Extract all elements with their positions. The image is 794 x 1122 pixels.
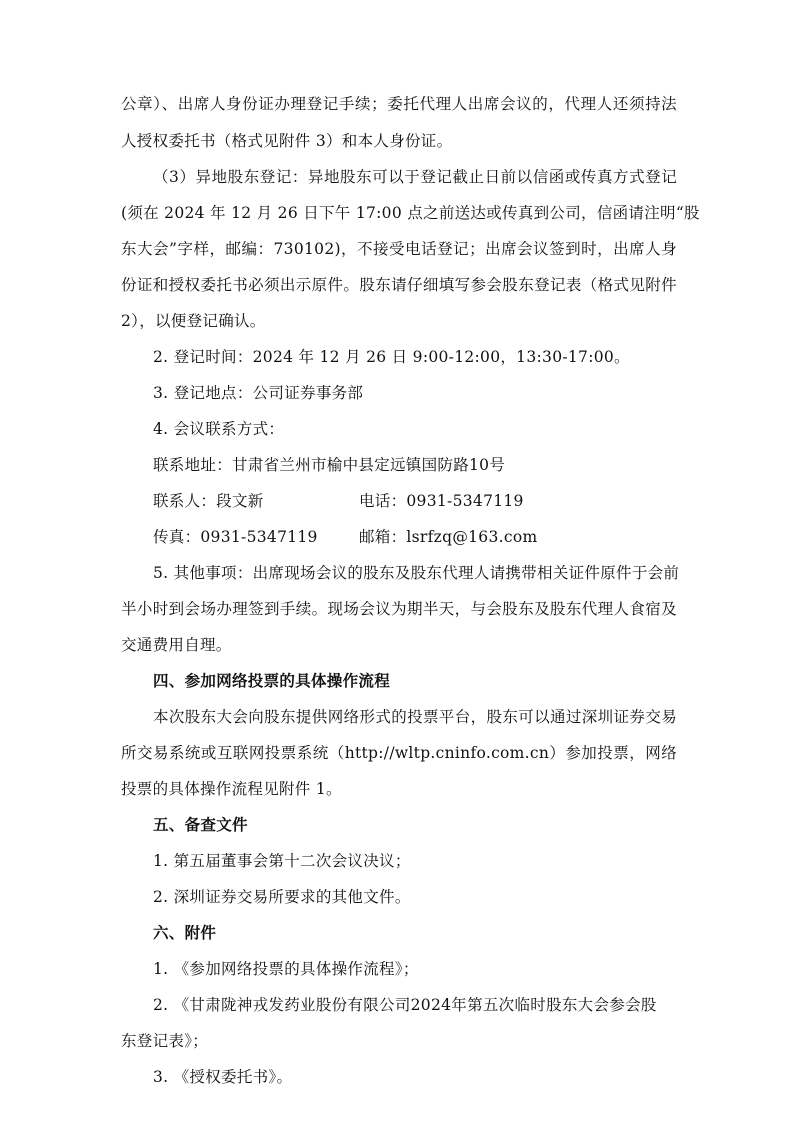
list-item: 1. 第五届董事会第十二次会议决议； — [153, 851, 411, 871]
list-item: 2. 深圳证券交易所要求的其他文件。 — [153, 887, 411, 907]
text-line: 半小时到会场办理签到手续。现场会议为期半天，与会股东及股东代理人食宿及 — [121, 599, 677, 619]
registration-time: 2. 登记时间：2024 年 12 月 26 日 9:00-12:00，13:3… — [153, 347, 630, 367]
contact-fax: 传真：0931-5347119 — [153, 528, 318, 546]
text-line: 2），以便登记确认。 — [121, 311, 266, 331]
text-line: （3）异地股东登记：异地股东可以于登记截止日前以信函或传真方式登记 — [153, 167, 677, 187]
list-item: 3. 《授权委托书》。 — [153, 1067, 292, 1087]
text-line: 公章）、出席人身份证办理登记手续；委托代理人出席会议的，代理人还须持法 — [121, 94, 677, 114]
section-heading: 六、附件 — [153, 923, 216, 943]
list-item: 东登记表》； — [121, 1031, 208, 1051]
registration-place: 3. 登记地点：公司证券事务部 — [153, 383, 363, 403]
list-item: 2. 《甘肃陇神戎发药业股份有限公司2024年第五次临时股东大会参会股 — [153, 995, 657, 1015]
text-line: 本次股东大会向股东提供网络形式的投票平台，股东可以通过深圳证券交易 — [153, 707, 677, 727]
section-heading: 五、备查文件 — [153, 815, 248, 835]
list-item: 1. 《参加网络投票的具体操作流程》； — [153, 959, 419, 979]
contact-row: 传真：0931-5347119 邮箱：lsrfzq@163.com — [153, 527, 677, 547]
contact-row: 联系人：段文新 电话：0931-5347119 — [153, 491, 677, 511]
text-line: 人授权委托书（格式见附件 3）和本人身份证。 — [121, 131, 452, 151]
text-line: 份证和授权委托书必须出示原件。股东请仔细填写参会股东登记表（格式见附件 — [121, 275, 677, 295]
text-line: 投票的具体操作流程见附件 1。 — [121, 779, 342, 799]
contact-person: 联系人：段文新 — [153, 492, 264, 510]
contact-phone: 电话：0931-5347119 — [359, 491, 524, 511]
text-line: 5. 其他事项：出席现场会议的股东及股东代理人请携带相关证件原件于会前 — [153, 563, 677, 583]
contact-email[interactable]: 邮箱：lsrfzq@163.com — [359, 527, 537, 547]
text-line: (须在 2024 年 12 月 26 日下午 17:00 点之前送达或传真到公司… — [121, 203, 677, 223]
text-line: 所交易系统或互联网投票系统（http://wltp.cninfo.com.cn）… — [121, 743, 677, 763]
text-line: 东大会”字样，邮编：730102)，不接受电话登记；出席会议签到时，出席人身 — [121, 239, 677, 259]
contact-heading: 4. 会议联系方式： — [153, 419, 284, 439]
section-heading: 四、参加网络投票的具体操作流程 — [153, 671, 390, 691]
contact-address: 联系地址：甘肃省兰州市榆中县定远镇国防路10号 — [153, 455, 505, 475]
text-line: 交通费用自理。 — [121, 635, 232, 655]
